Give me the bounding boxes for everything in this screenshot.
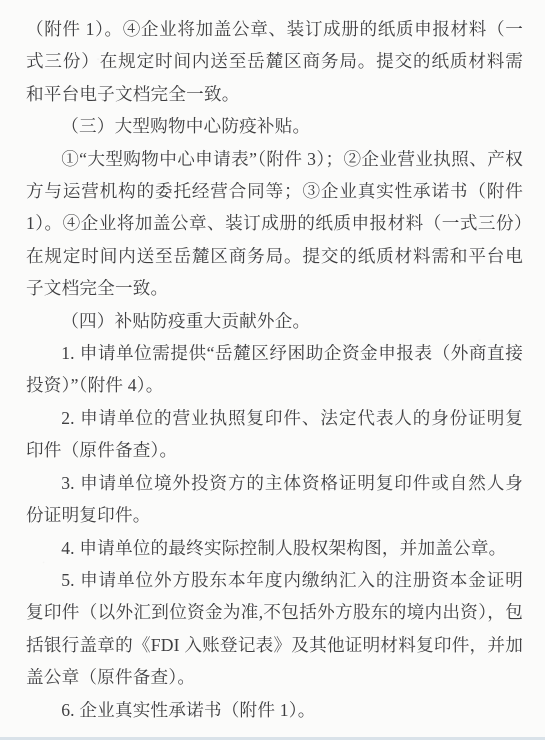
document-page: （附件 1）。④企业将加盖公章、装订成册的纸质申报材料（一式三份）在规定时间内送… [0, 0, 545, 740]
paragraph: 2. 申请单位的营业执照复印件、法定代表人的身份证明复印件（原件备查）。 [26, 402, 523, 467]
paragraph: 6. 企业真实性承诺书（附件 1）。 [26, 694, 523, 726]
paragraph: 4. 申请单位的最终实际控制人股权架构图，并加盖公章。 [26, 532, 523, 564]
paragraph: ①“大型购物中心申请表”（附件 3）；②企业营业执照、产权方与运营机构的委托经营… [26, 143, 523, 305]
paragraph: （附件 1）。④企业将加盖公章、装订成册的纸质申报材料（一式三份）在规定时间内送… [26, 13, 523, 110]
paragraph: 1. 申请单位需提供“岳麓区纾困助企资金申报表（外商直接投资）”（附件 4）。 [26, 337, 523, 402]
paragraph: （四）补贴防疫重大贡献外企。 [26, 305, 523, 337]
paragraph: 5. 申请单位外方股东本年度内缴纳汇入的注册资本金证明复印件（以外汇到位资金为准… [26, 564, 523, 694]
paragraph: 3. 申请单位境外投资方的主体资格证明复印件或自然人身份证明复印件。 [26, 467, 523, 532]
document-body: （附件 1）。④企业将加盖公章、装订成册的纸质申报材料（一式三份）在规定时间内送… [26, 13, 523, 726]
paragraph: （三）大型购物中心防疫补贴。 [26, 110, 523, 142]
